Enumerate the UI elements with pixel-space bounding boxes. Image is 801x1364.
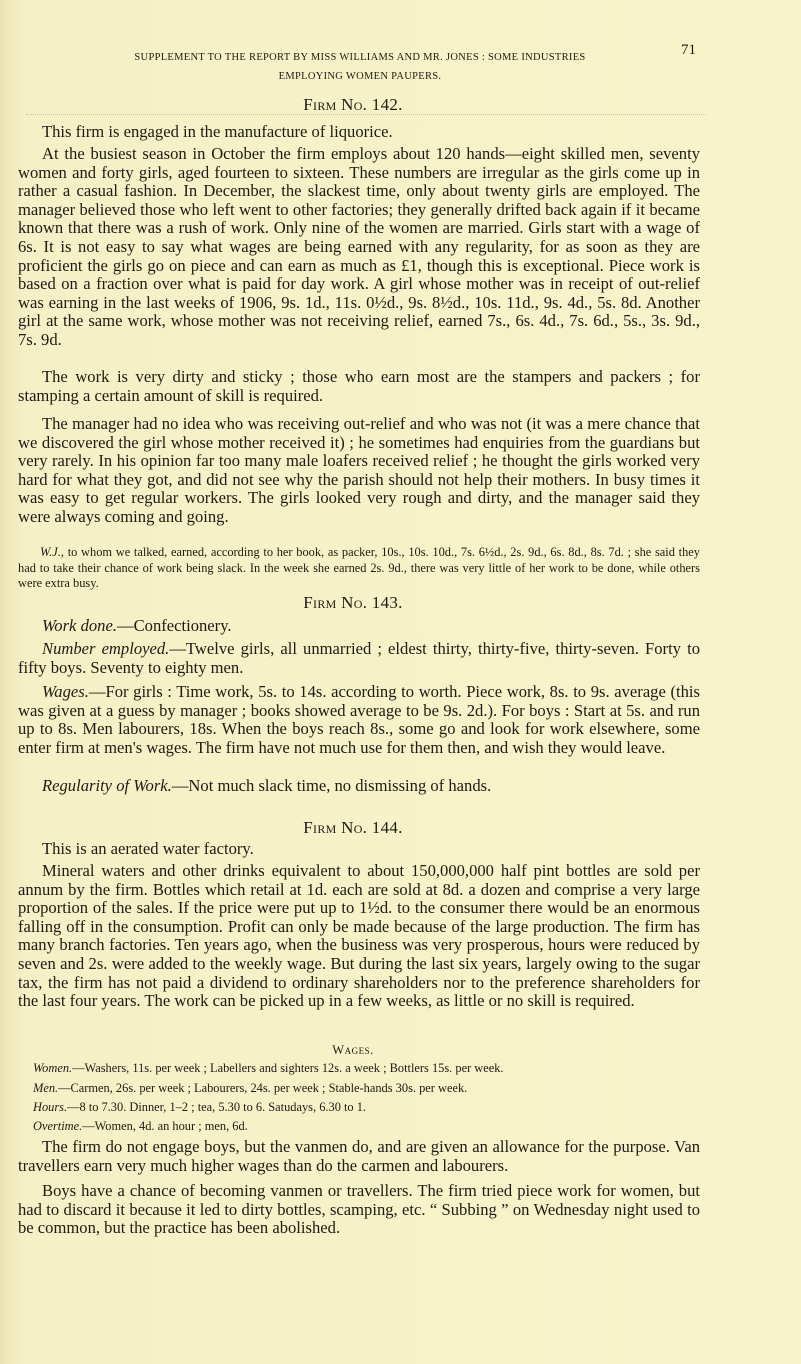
wages-hours: Hours.—8 to 7.30. Dinner, 1–2 ; tea, 5.3… xyxy=(33,1100,693,1115)
work-done-text: —Confectionery. xyxy=(117,616,232,635)
firm-144-paragraph-4: Boys have a chance of becoming vanmen or… xyxy=(18,1182,700,1238)
note-text: , to whom we talked, earned, according t… xyxy=(18,545,700,590)
number-employed-label: Number employed. xyxy=(42,639,169,658)
firm-142-note: W.J., to whom we talked, earned, accordi… xyxy=(18,545,700,592)
page-number: 71 xyxy=(681,42,696,59)
men-label: Men. xyxy=(33,1081,58,1095)
firm-142-paragraph-4: The manager had no idea who was receivin… xyxy=(18,415,700,527)
firm-143-heading: Firm No. 143. xyxy=(8,593,698,613)
hours-text: —8 to 7.30. Dinner, 1–2 ; tea, 5.30 to 6… xyxy=(67,1100,366,1114)
firm-142-paragraph-2: At the busiest season in October the fir… xyxy=(18,145,700,350)
women-text: —Washers, 11s. per week ; Labellers and … xyxy=(72,1061,503,1075)
running-head-line-2: Employing Women Paupers. xyxy=(80,67,640,86)
firm-142-paragraph-1: This firm is engaged in the manufacture … xyxy=(18,123,700,142)
note-lead: W.J. xyxy=(40,545,61,559)
firm-144-paragraph-3: The firm do not engage boys, but the van… xyxy=(18,1138,700,1175)
firm-142-paragraph-3: The work is very dirty and sticky ; thos… xyxy=(18,368,700,405)
wages-overtime: Overtime.—Women, 4d. an hour ; men, 6d. xyxy=(33,1119,693,1134)
wages-label: Wages. xyxy=(42,682,89,701)
women-label: Women. xyxy=(33,1061,72,1075)
work-done-label: Work done. xyxy=(42,616,117,635)
firm-143-work-done: Work done.—Confectionery. xyxy=(18,617,700,636)
firm-142-heading: Firm No. 142. xyxy=(8,95,698,115)
firm-143-regularity: Regularity of Work.—Not much slack time,… xyxy=(18,777,700,796)
firm-144-paragraph-2: Mineral waters and other drinks equivale… xyxy=(18,862,700,1011)
running-head-line-1: Supplement to the Report by Miss William… xyxy=(80,48,640,67)
running-head: Supplement to the Report by Miss William… xyxy=(80,48,640,86)
wages-text: —For girls : Time work, 5s. to 14s. acco… xyxy=(18,682,700,757)
regularity-text: —Not much slack time, no dismissing of h… xyxy=(172,776,491,795)
hours-label: Hours. xyxy=(33,1100,67,1114)
firm-144-heading: Firm No. 144. xyxy=(8,818,698,838)
men-text: —Carmen, 26s. per week ; Labourers, 24s.… xyxy=(58,1081,467,1095)
overtime-label: Overtime. xyxy=(33,1119,82,1133)
firm-143-number-employed: Number employed.—Twelve girls, all unmar… xyxy=(18,640,700,677)
wages-women: Women.—Washers, 11s. per week ; Labeller… xyxy=(33,1061,693,1076)
overtime-text: —Women, 4d. an hour ; men, 6d. xyxy=(82,1119,248,1133)
divider-rule xyxy=(26,114,706,115)
wages-men: Men.—Carmen, 26s. per week ; Labourers, … xyxy=(33,1081,693,1096)
firm-143-wages: Wages.—For girls : Time work, 5s. to 14s… xyxy=(18,683,700,757)
firm-144-paragraph-1: This is an aerated water factory. xyxy=(18,840,700,859)
regularity-label: Regularity of Work. xyxy=(42,776,172,795)
wages-title: Wages. xyxy=(8,1043,698,1058)
